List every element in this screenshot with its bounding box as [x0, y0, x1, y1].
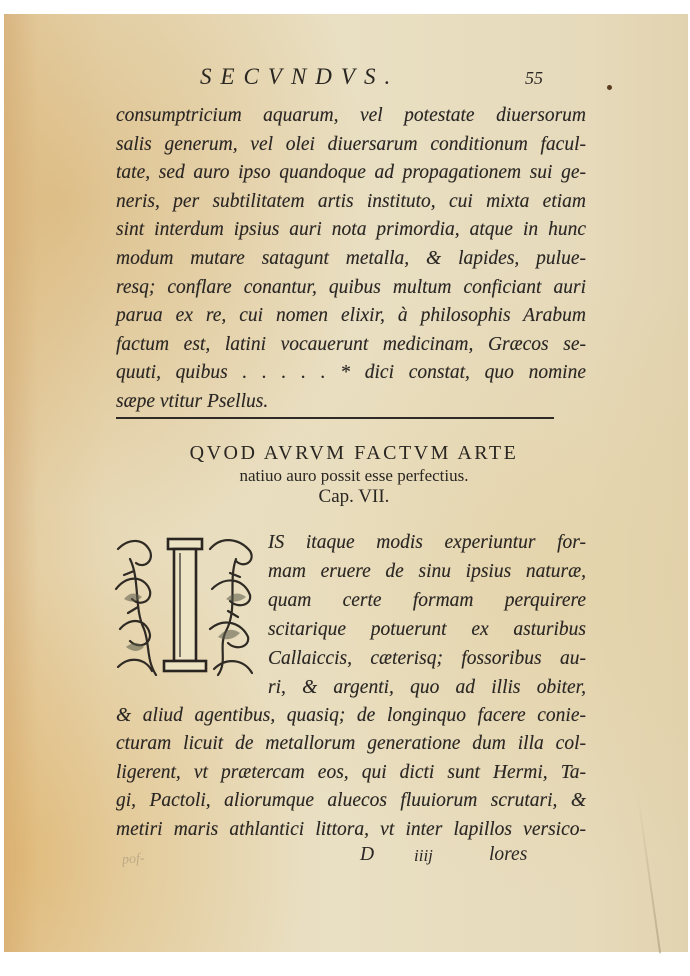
text-line: resq; conflare conantur, quibus multum c…	[116, 274, 586, 303]
paragraph-2-indented: IS itaque modis experiuntur for- mam eru…	[268, 528, 586, 702]
text-line: ligerent, vt prætercam eos, qui dicti su…	[116, 759, 586, 787]
text-line: & aliud agentibus, quasiq; de longinquo …	[116, 702, 586, 730]
show-through-text: pof-	[121, 851, 145, 869]
text-line: parua ex re, cui nomen elixir, à philoso…	[116, 302, 586, 331]
text-line: sæpe vtitur Psellus.	[116, 388, 586, 417]
text-line: scitarique potuerunt ex asturibus	[268, 615, 586, 644]
text-line: gi, Pactoli, aliorumque aluecos fluuioru…	[116, 787, 586, 815]
text-line: sint interdum ipsius auri nota primordia…	[116, 216, 586, 245]
signature-number: iiij	[414, 846, 433, 866]
book-page: SECVNDVS. 55 consumptricium aquarum, vel…	[4, 14, 688, 952]
text-line: Callaiccis, cæterisq; fossoribus au-	[268, 644, 586, 673]
text-line: neris, per subtilitatem artis instituto,…	[116, 188, 586, 217]
text-line: cturam licuit de metallorum generatione …	[116, 730, 586, 758]
catchword: lores	[489, 844, 527, 866]
paragraph-1: consumptricium aquarum, vel potestate di…	[116, 102, 586, 417]
chapter-subtitle: natiuo auro possit esse perfectius.	[144, 466, 564, 486]
horizontal-rule	[116, 417, 554, 419]
text-line: metiri maris athlantici littora, vt inte…	[116, 816, 586, 844]
decorated-initial-icon	[110, 529, 258, 681]
text-line: consumptricium aquarum, vel potestate di…	[116, 102, 586, 131]
text-line: modum mutare satagunt metalla, & lapides…	[116, 245, 586, 274]
text-line: mam eruere de sinu ipsius naturæ,	[268, 557, 586, 586]
text-line: quuti, quibus . . . . . * dici constat, …	[116, 359, 586, 388]
paragraph-2-continued: & aliud agentibus, quasiq; de longinquo …	[116, 702, 586, 844]
page-number: 55	[525, 68, 543, 89]
running-head: SECVNDVS.	[200, 64, 550, 94]
text-line: IS itaque modis experiuntur for-	[268, 528, 586, 557]
chapter-number: Cap. VII.	[144, 486, 564, 508]
text-line: factum est, latini vocauerunt medicinam,…	[116, 331, 586, 360]
text-line: tate, sed auro ipso quandoque ad propaga…	[116, 159, 586, 188]
text-line: salis generum, vel olei diuersarum condi…	[116, 131, 586, 160]
chapter-title: QVOD AVRVM FACTVM ARTE	[144, 442, 564, 465]
text-line: ri, & argenti, quo ad illis obiter,	[268, 673, 586, 702]
text-line: quam certe formam perquirere	[268, 586, 586, 615]
signature-mark: D	[360, 844, 374, 866]
ink-speck	[607, 85, 612, 90]
